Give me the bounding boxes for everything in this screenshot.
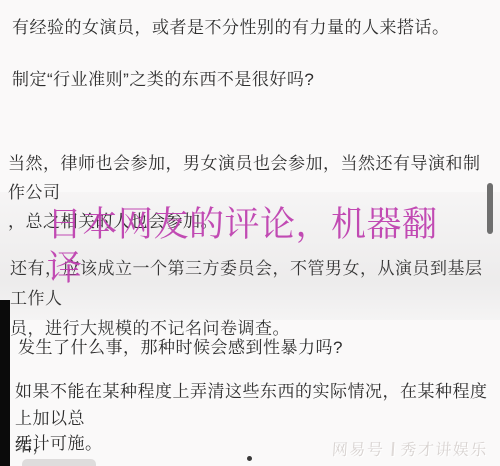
paragraph-what-happened: 发生了什么事，那种时候会感到性暴力吗? — [18, 334, 488, 361]
page-indicator-dot — [247, 456, 252, 461]
paragraph-lawyers-participate: 当然，律师也会参加，男女演员也会参加，当然还有导演和制作公司 ，总之相关的人也会… — [8, 149, 494, 236]
watermark: 网易号 秀才讲娱乐 — [331, 437, 489, 460]
paragraph-nothing-can-be-done: 无计可施。 — [15, 430, 215, 457]
watermark-platform-label: 网易号 — [331, 437, 385, 460]
paragraph-third-party-committee: 还有，应该成立一个第三方委员会，不管男女，从演员到基层工作人 员，进行大规模的不… — [10, 254, 492, 344]
article-screenshot: 有经验的女演员，或者是不分性别的有力量的人来搭话。 制定“行业准则”之类的东西不… — [0, 0, 500, 466]
scrollbar-thumb[interactable] — [487, 183, 493, 234]
paragraph-experienced-actress: 有经验的女演员，或者是不分性别的有力量的人来搭话。 — [12, 14, 486, 41]
watermark-account-label: 秀才讲娱乐 — [400, 437, 489, 460]
left-edge-black-bar — [0, 300, 10, 466]
paragraph-industry-guidelines: 制定“行业准则”之类的东西不是很好吗? — [12, 66, 486, 93]
watermark-divider-icon — [391, 442, 394, 456]
bottom-button-fragment[interactable] — [22, 459, 96, 466]
